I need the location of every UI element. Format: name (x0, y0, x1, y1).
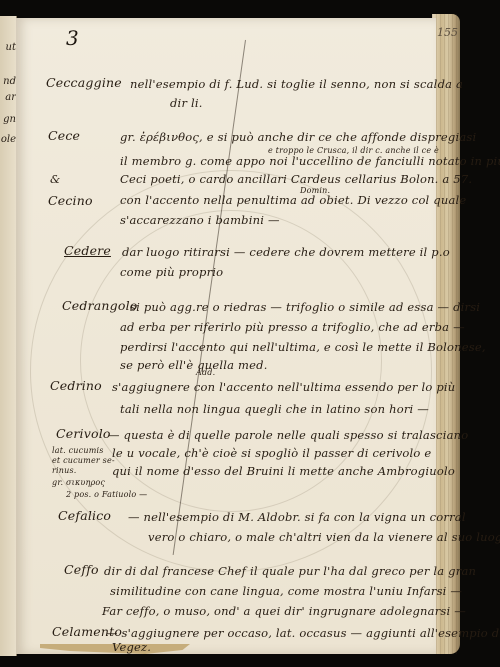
entry-line: qui il nome d'esso del Bruini li mette a… (112, 464, 455, 478)
entry-line: si può agg.re o riedras — trifoglio o si… (130, 300, 480, 314)
page-number: 3 (66, 26, 79, 50)
marginal-note: 2 pos. o Fatiuolo — (66, 490, 147, 499)
entry-line: Far ceffo, o muso, ond' a quei dir' ingr… (102, 604, 466, 618)
headword-cedrino: Cedrino (50, 378, 102, 393)
entry-line: s'accarezzano i bambini — (120, 213, 280, 227)
entry-line: con l'accento nella penultima ad obiet. … (120, 193, 466, 207)
entry-line: dir li. (170, 96, 203, 110)
headword-cedere: Cedere (64, 243, 111, 258)
marginal-note: rinus. (52, 466, 77, 475)
marginal-note: lat. cucumis (52, 446, 104, 455)
entry-line: dir di dal francese Chef il quale pur l'… (104, 564, 476, 578)
entry-line: nell'esempio di f. Lud. si toglie il sen… (130, 77, 463, 91)
entry-line: vero o chiaro, o male ch'altri vien da l… (148, 530, 500, 544)
entry-line: ad erba per riferirlo più presso a trifo… (120, 320, 465, 334)
marginal-note: et cucumer se- (52, 456, 115, 465)
entry-line: tali nella non lingua quegli che in lati… (120, 402, 429, 416)
entry-line: Ceci poeti, o cardo ancillari Cardeus ce… (120, 172, 472, 186)
entry-line: dar luogo ritirarsi — cedere che dovrem … (122, 245, 450, 259)
headword-ceccaggine: Ceccaggine (46, 75, 122, 90)
interlinear-note: Add. (196, 368, 215, 377)
entry-line: similitudine con cane lingua, come mostr… (110, 584, 462, 598)
headword-cefalico: Cefalico (58, 508, 111, 523)
marginal-note: gr. σικυηρος (52, 478, 105, 487)
entry-line: le u vocale, ch'è cioè si spogliò il pas… (112, 446, 431, 460)
entry-line: — nell'esempio di M. Aldobr. si fa con l… (128, 510, 466, 524)
left-page-fragment: ar (0, 92, 16, 103)
entry-line: perdirsi l'accento qui nell'ultima, e co… (120, 340, 486, 354)
headword-cedrangolo: Cedrangolo (62, 298, 138, 313)
entry-line: come più proprio (120, 265, 223, 279)
entry-line: Vegez. (112, 640, 151, 654)
entry-line: — s'aggiugnere per occaso, lat. occasus … (106, 626, 500, 640)
left-page-fragment: ole (0, 134, 16, 145)
headword-ceffo: Ceffo (64, 562, 99, 577)
headword-cerivolo: Cerivolo (56, 426, 111, 441)
left-page-fragment: ut (0, 42, 16, 53)
entry-line: il membro g. come appo noi l'uccellino d… (120, 154, 500, 168)
marginal-ampersand: & (50, 172, 60, 186)
headword-cece: Cece (48, 128, 80, 143)
entry-line: gr. ἐρέβινθος, e si può anche dir ce che… (120, 130, 476, 144)
entry-line: — questa è di quelle parole nelle quali … (108, 428, 468, 442)
page-edge (432, 14, 460, 654)
left-page-fragment: gn (0, 114, 16, 125)
entry-line: s'aggiugnere con l'accento nell'ultima e… (112, 380, 455, 394)
headword-cecino: Cecinо (48, 193, 93, 208)
entry-line: se però ell'è quella med. (120, 358, 268, 372)
left-page-fragment: nd (0, 76, 16, 87)
folio-number: 155 (437, 26, 458, 39)
left-page: ut nd ar gn ole (0, 16, 17, 656)
